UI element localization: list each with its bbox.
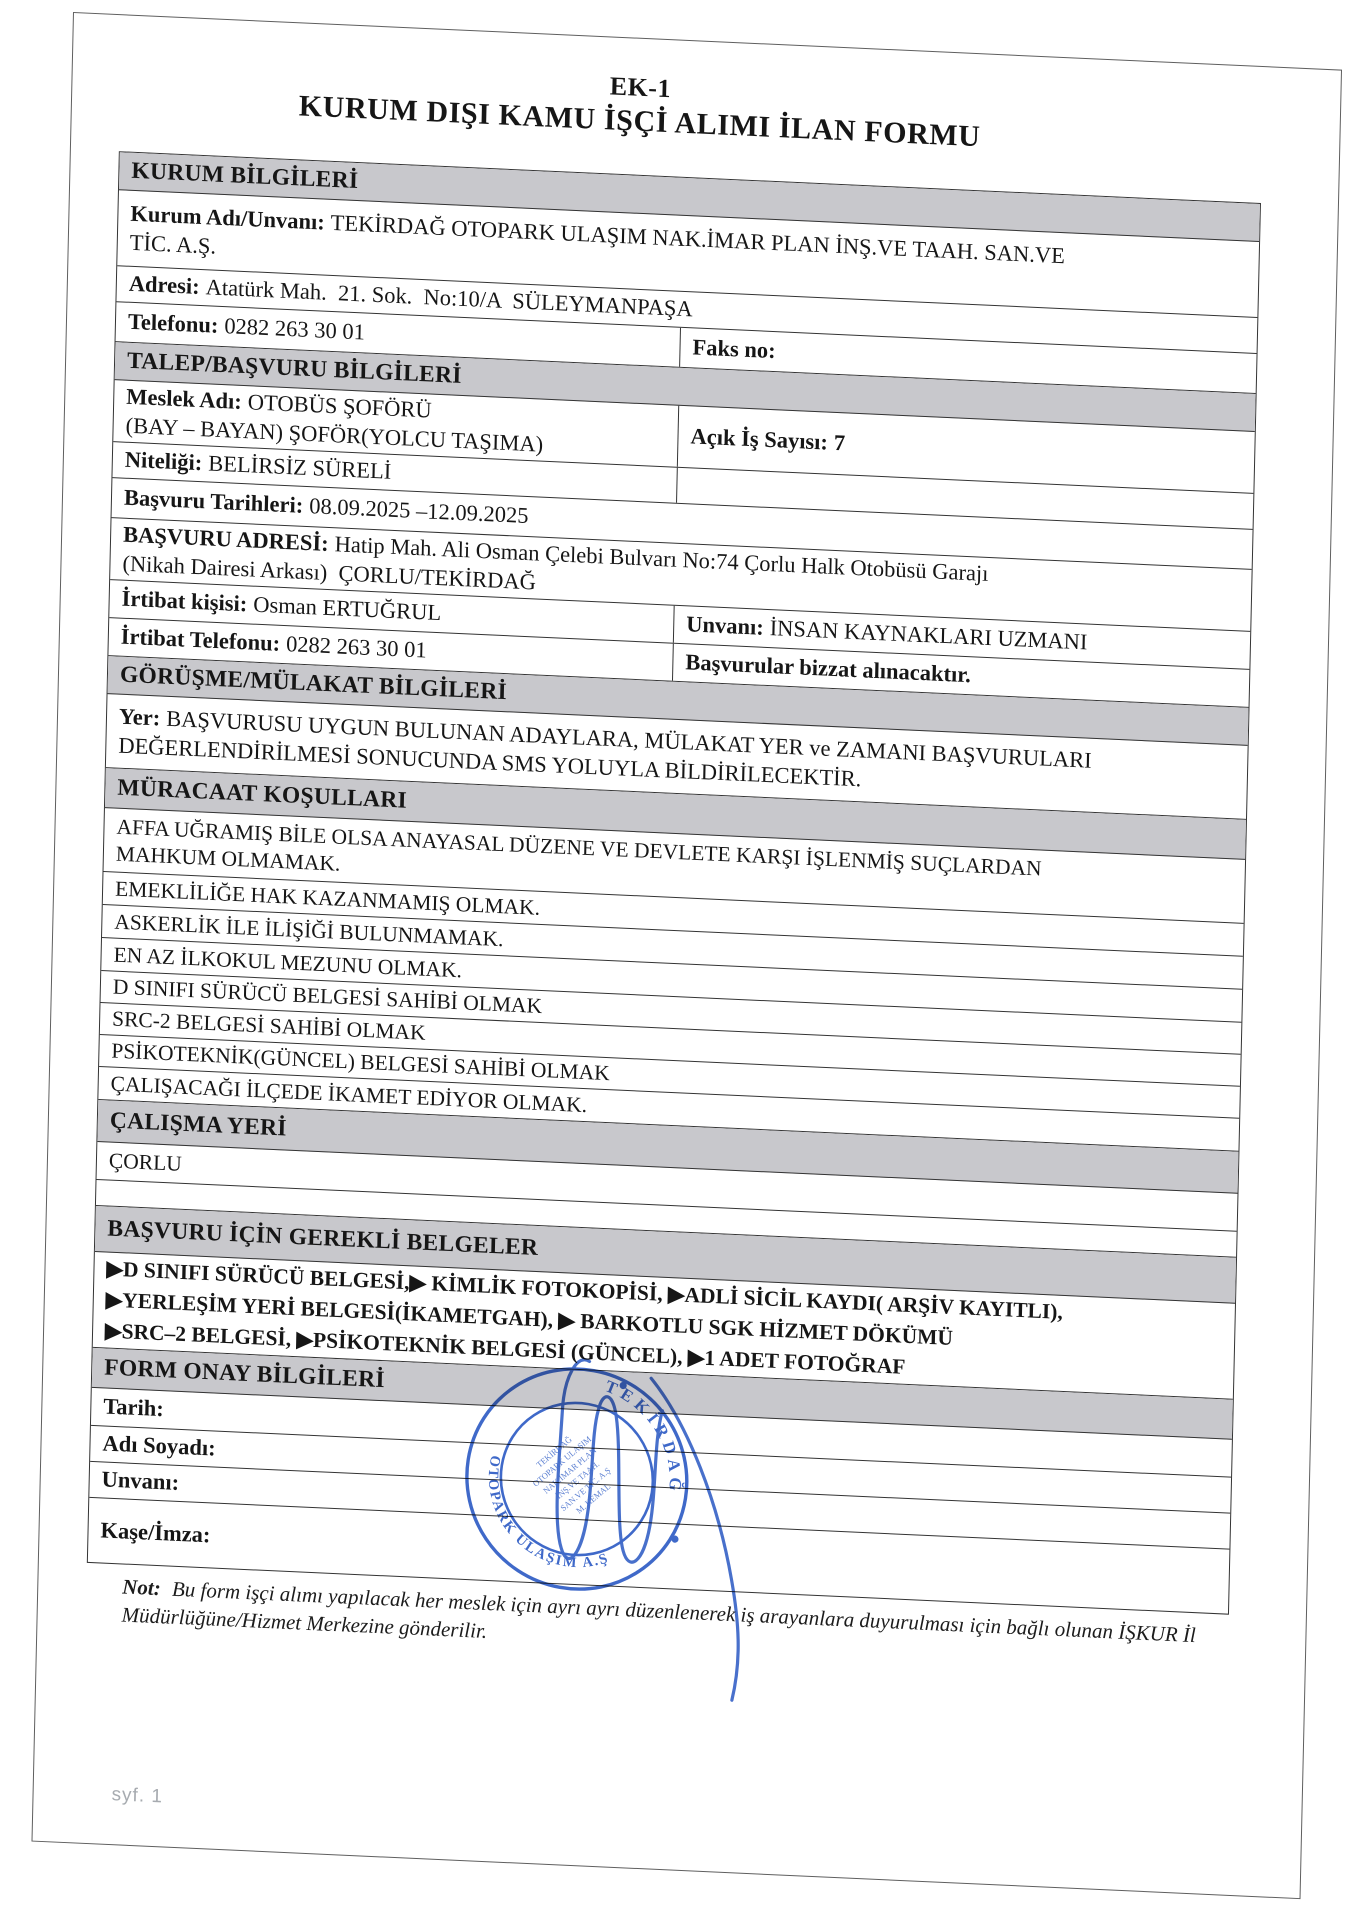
nitelik-value: BELİRSİZ SÜRELİ (208, 451, 392, 484)
unvan-label: Unvanı: (686, 611, 764, 640)
kase-imza-label: Kaşe/İmza: (100, 1517, 210, 1547)
faks-label: Faks no: (692, 334, 776, 363)
kurum-adi-value-line2: TİC. A.Ş. (130, 229, 217, 258)
onay-unvan-label: Unvanı: (101, 1467, 179, 1496)
meslek-label: Meslek Adı: (126, 383, 242, 413)
faks-value (781, 339, 782, 364)
stamp-inner-text: TEKİRDAĞ OTOPARK ULAŞIM NAK.İMAR PLAN İN… (523, 1424, 625, 1525)
page-number: syf. 1 (111, 1784, 163, 1808)
bizzat-note: Başvurular bizzat alınacaktır. (685, 649, 971, 687)
nitelik-label: Niteliği: (125, 447, 203, 476)
scanned-document-page: { "colors":{"stamp_blue":"#2e5cc5","head… (0, 0, 1358, 1920)
tarihler-value: 08.09.2025 –12.09.2025 (309, 493, 529, 528)
irtibat-kisisi-label: İrtibat kişisi: (121, 586, 247, 617)
onay-tarih-label: Tarih: (103, 1394, 164, 1422)
scanned-paper-sheet: EK-1 KURUM DIŞI KAMU İŞÇİ ALIMI İLAN FOR… (31, 12, 1342, 1899)
onay-ad-label: Adı Soyadı: (102, 1431, 216, 1461)
document-heading: EK-1 KURUM DIŞI KAMU İŞÇİ ALIMI İLAN FOR… (120, 49, 1161, 162)
telefon-value: 0282 263 30 01 (224, 313, 365, 344)
yer-label: Yer: (119, 703, 161, 730)
acik-is-label: Açık İş Sayısı: (690, 423, 828, 454)
tarihler-label: Başvuru Tarihleri: (124, 485, 304, 518)
footnote-label: Not: (122, 1574, 161, 1600)
irtibat-tel-value: 0282 263 30 01 (286, 631, 427, 662)
irtibat-kisisi-value: Osman ERTUĞRUL (253, 592, 441, 626)
company-stamp: TEKİRDAĞ OTOPARK ULAŞIM A.Ş TEKİRDAĞ OTO… (431, 1319, 764, 1738)
telefon-label: Telefonu: (128, 309, 219, 338)
acik-is-value: 7 (834, 430, 846, 456)
irtibat-tel-label: İrtibat Telefonu: (121, 624, 281, 656)
adres-label: Adresi: (129, 271, 200, 299)
